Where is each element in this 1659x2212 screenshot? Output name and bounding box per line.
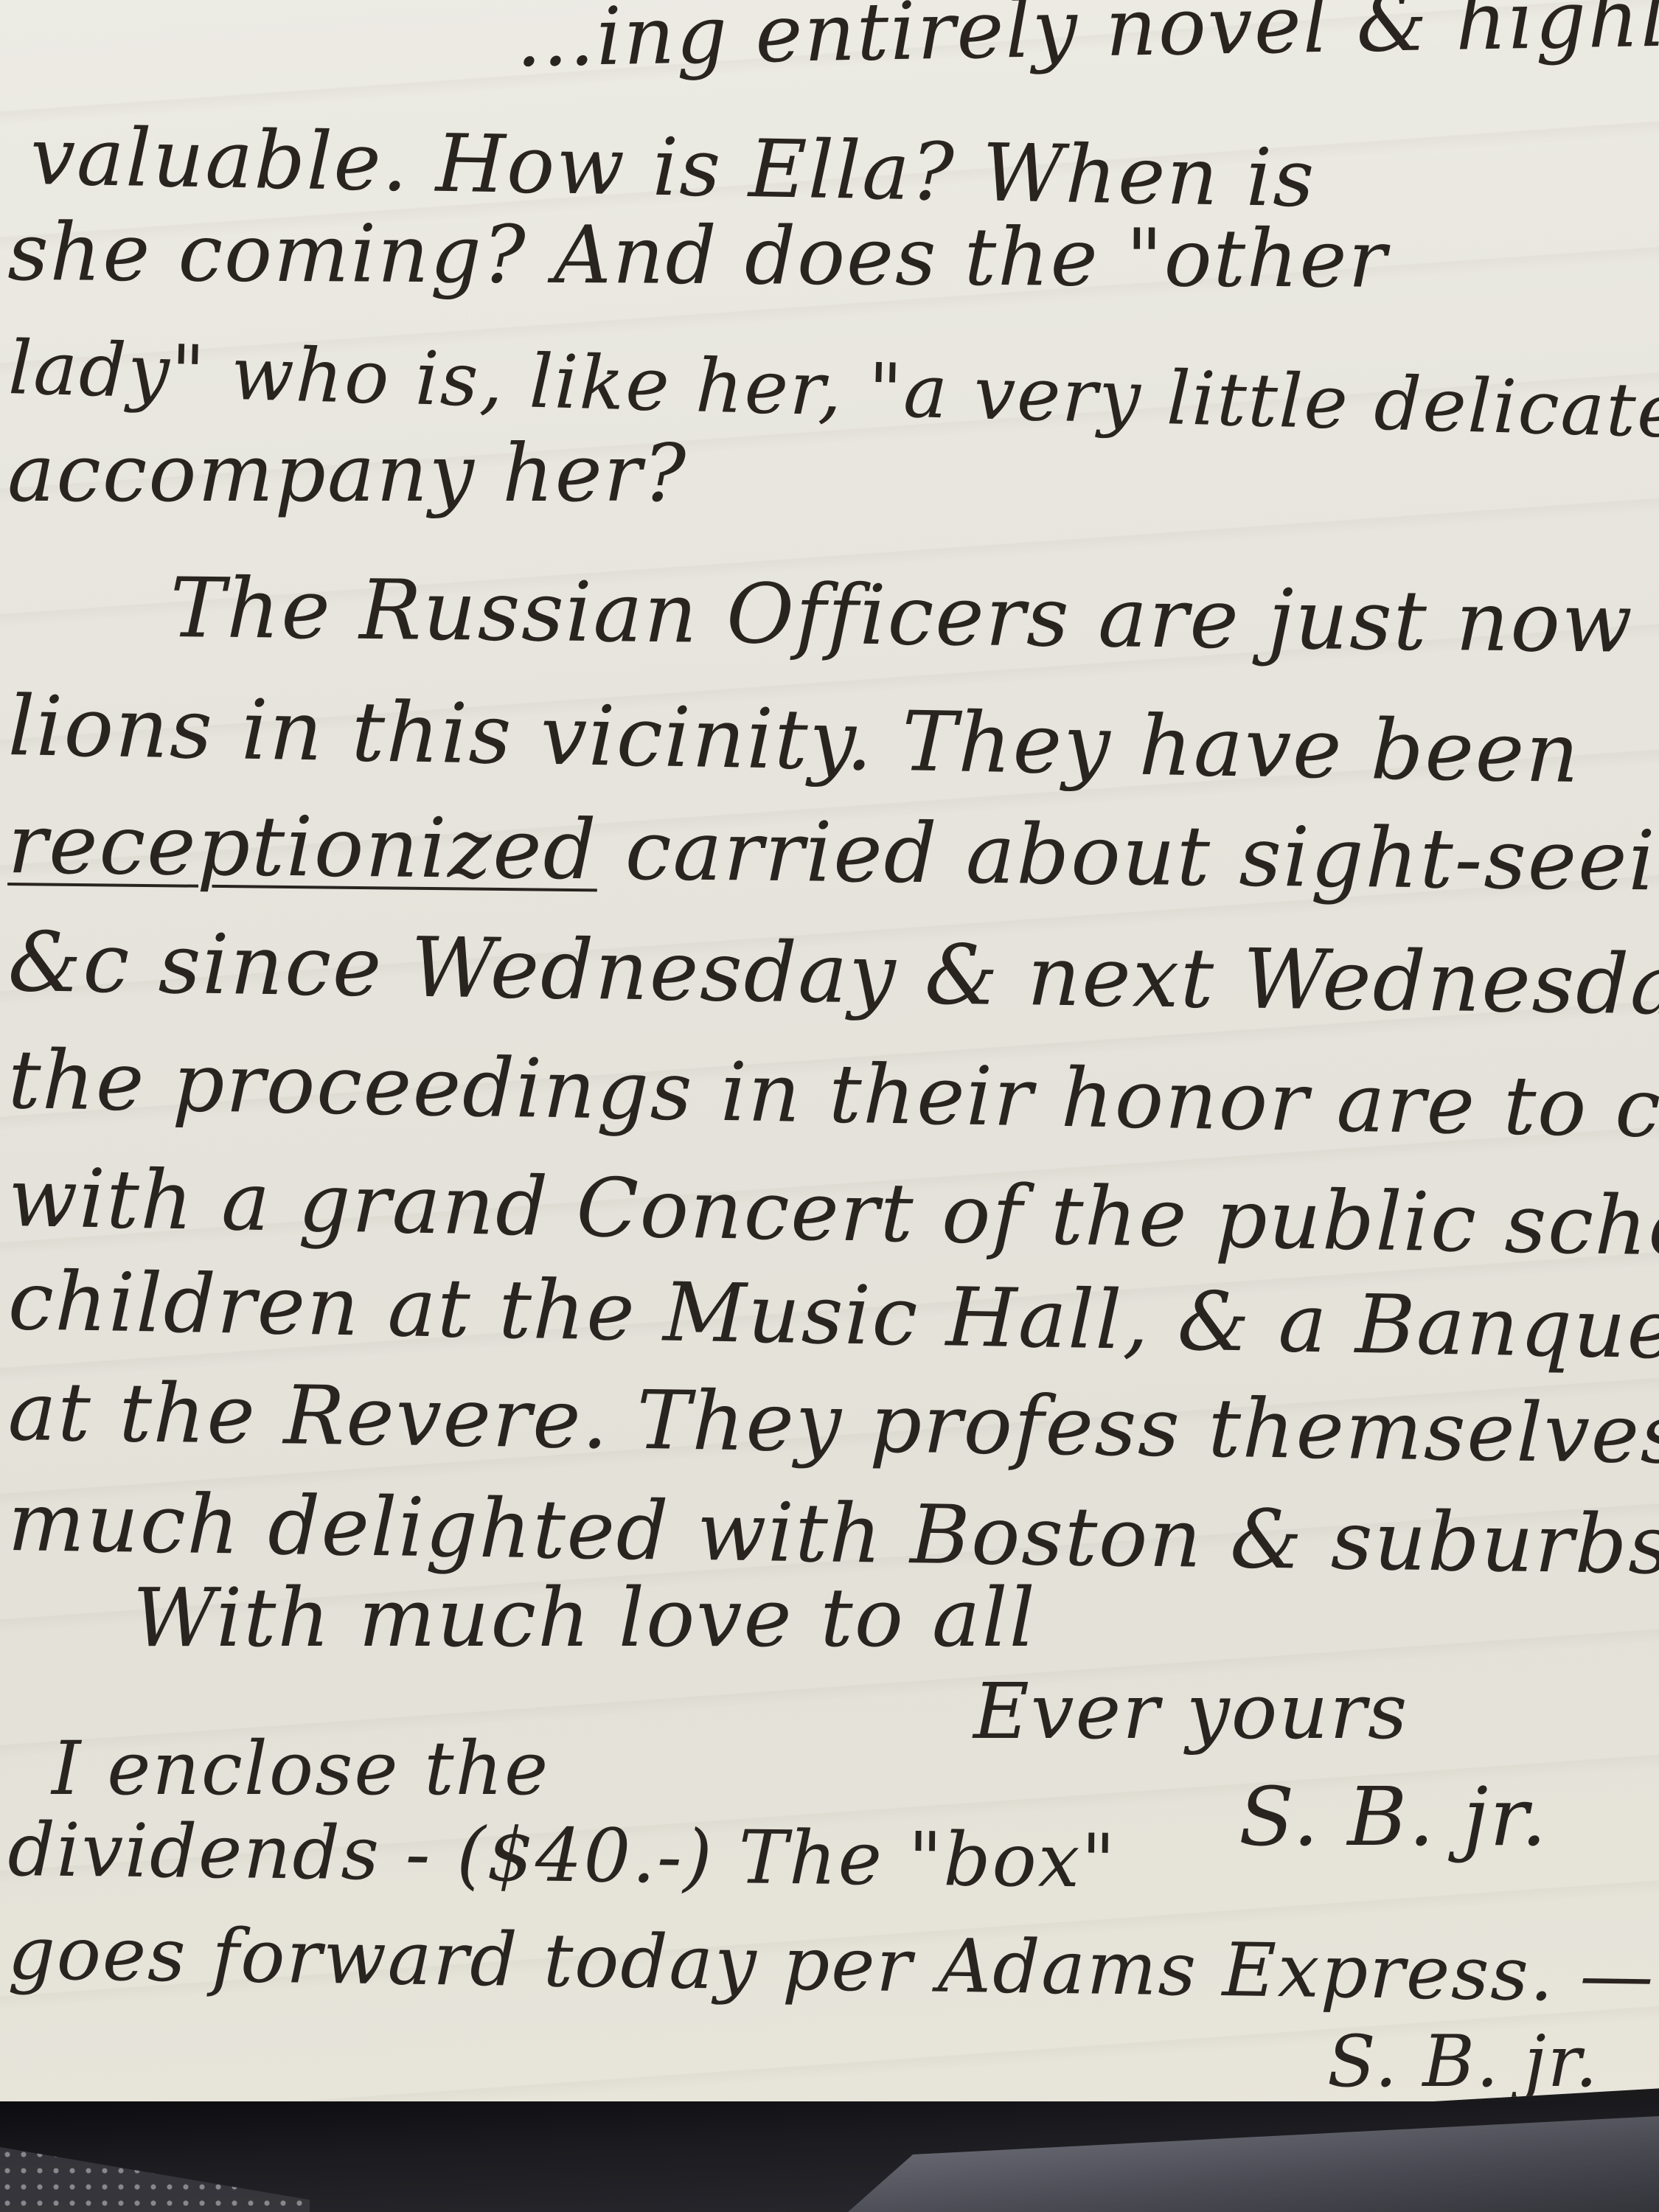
valediction: Ever yours: [973, 1666, 1408, 1756]
postscript-line-2: dividends - ($40.-) The "box": [7, 1806, 1117, 1905]
letter-line-8: receptionized carried about sight-seeing: [7, 796, 1659, 911]
letter-line-13: at the Revere. They profess themselves: [7, 1364, 1659, 1482]
postscript-line-1: I enclose the: [52, 1725, 549, 1812]
letter-line-5: accompany her?: [7, 428, 687, 520]
letter-line-1: …ing entirely novel & highly: [515, 0, 1659, 85]
folder-sleeve: [0, 2101, 1659, 2212]
letter-line-11: with a grand Concert of the public schoo…: [7, 1150, 1659, 1276]
letter-page: …ing entirely novel & highly valuable. H…: [0, 0, 1659, 2142]
letter-line-10: the proceedings in their honor are to cl…: [7, 1032, 1659, 1158]
signature-1: S. B. jr.: [1239, 1770, 1548, 1864]
plastic-sleeve: [848, 2116, 1659, 2212]
letter-line-12: children at the Music Hall, & a Banquet: [7, 1253, 1659, 1377]
signature-2: S. B. jr.: [1327, 2020, 1599, 2103]
textured-surface: [0, 2131, 310, 2212]
letter-line-9: &c since Wednesday & next Wednesday: [7, 914, 1659, 1034]
closing-line: With much love to all: [133, 1571, 1037, 1665]
underlined-word: receptionized: [7, 796, 598, 898]
letter-line-3: she coming? And does the "other: [7, 206, 1388, 306]
letter-line-7: lions in this vicinity. They have been: [7, 678, 1581, 801]
letter-line-8-rest: carried about sight-seeing: [597, 802, 1659, 911]
postscript-line-3: goes forward today per Adams Express. —: [7, 1910, 1655, 2019]
letter-line-6: The Russian Officers are just now the: [170, 560, 1659, 673]
